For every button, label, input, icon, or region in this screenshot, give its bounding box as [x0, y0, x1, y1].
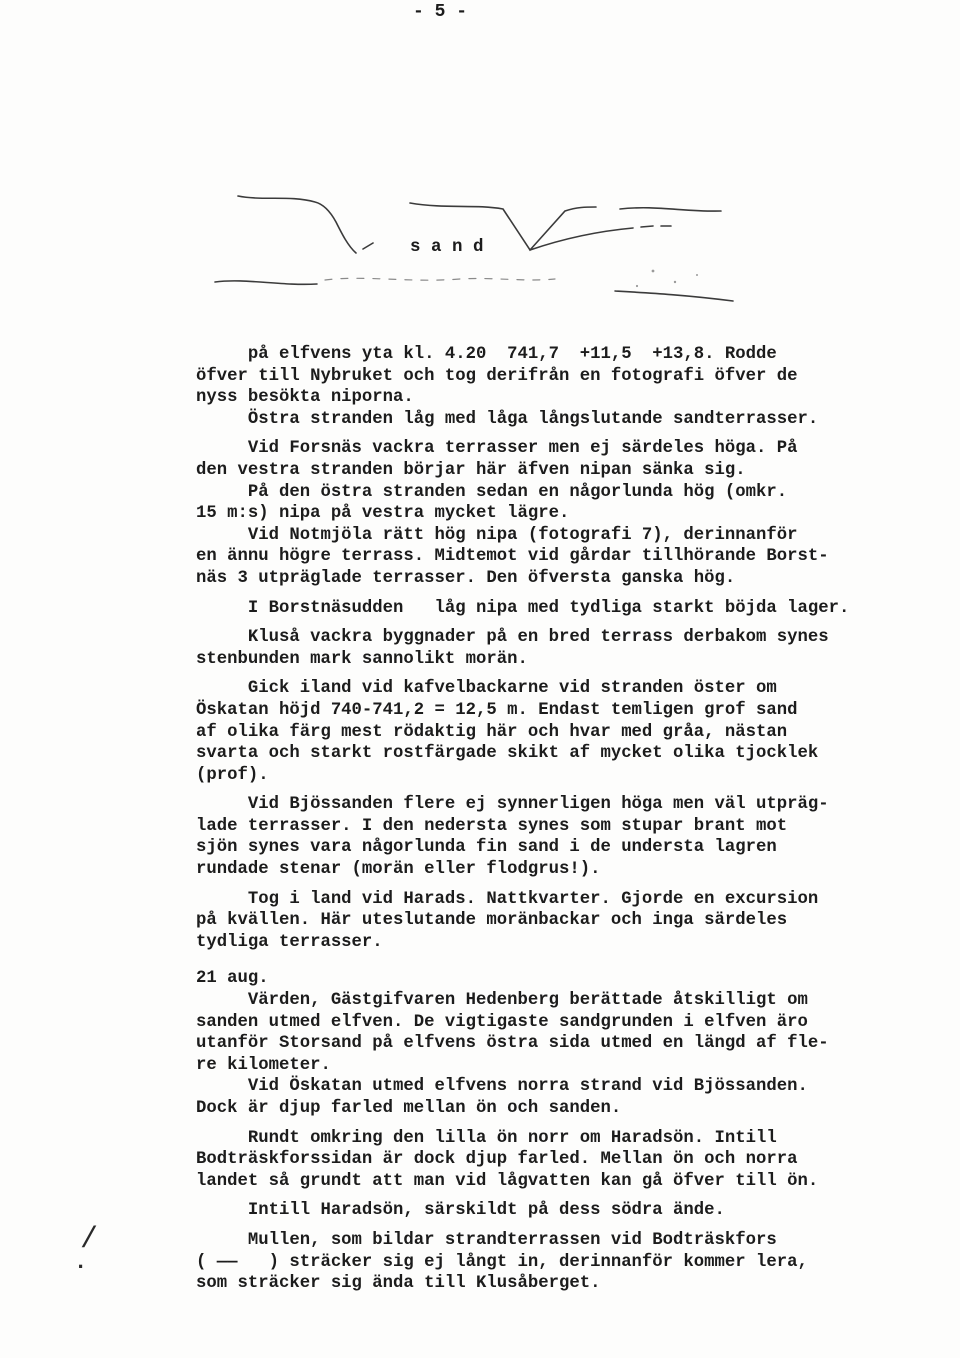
sketch-shore-dots-left [325, 278, 555, 280]
text-line: sjön synes vara någorlunda fin sand i de… [196, 837, 849, 859]
scan-speckle [636, 285, 638, 287]
sketch-shore-line-right [615, 291, 733, 301]
margin-dot-mark: . [74, 1250, 87, 1275]
paragraph: Rundt omkring den lilla ön norr om Harad… [196, 1128, 849, 1193]
paragraph: I Borstnäsudden låg nipa med tydliga sta… [196, 598, 849, 620]
paragraph: Kluså vackra byggnader på en bred terras… [196, 627, 849, 670]
text-line: Gick iland vid kafvelbackarne vid strand… [196, 678, 849, 700]
text-line: Mullen, som bildar strandterrassen vid B… [196, 1230, 849, 1252]
text-line: ( —— ) sträcker sig ej långt in, derinna… [196, 1252, 849, 1274]
text-line: Vid Forsnäs vackra terrasser men ej särd… [196, 438, 849, 460]
text-line: Vid Notmjöla rätt hög nipa (fotografi 7)… [196, 525, 849, 547]
text-line: rundade stenar (morän eller flodgrus!). [196, 859, 849, 881]
paragraph: Vid Notmjöla rätt hög nipa (fotografi 7)… [196, 525, 849, 590]
text-line: Kluså vackra byggnader på en bred terras… [196, 627, 849, 649]
text-line: lade terrasser. I den nedersta synes som… [196, 816, 849, 838]
text-line: Värden, Gästgifvaren Hedenberg berättade… [196, 990, 849, 1012]
text-line: af olika färg mest rödaktig här och hvar… [196, 722, 849, 744]
paragraph: På den östra stranden sedan en någorlund… [196, 482, 849, 525]
text-line: I Borstnäsudden låg nipa med tydliga sta… [196, 598, 849, 620]
paragraph: Vid Bjössanden flere ej synnerligen höga… [196, 794, 849, 880]
text-line: Intill Haradsön, särskildt på dess södra… [196, 1200, 849, 1222]
document-body: på elfvens yta kl. 4.20 741,7 +11,5 +13,… [196, 344, 849, 1295]
paragraph: Tog i land vid Harads. Nattkvarter. Gjor… [196, 889, 849, 954]
text-line: Vid Bjössanden flere ej synnerligen höga… [196, 794, 849, 816]
scan-speckle [674, 281, 676, 283]
paragraph: Värden, Gästgifvaren Hedenberg berättade… [196, 990, 849, 1076]
sketch-right-bank-line [620, 208, 721, 211]
text-line: Dock är djup farled mellan ön och sanden… [196, 1098, 849, 1120]
text-line: (prof). [196, 765, 849, 787]
text-line: Bodträskforssidan är dock djup farled. M… [196, 1149, 849, 1171]
scan-speckle [696, 274, 698, 276]
text-line: Vid Öskatan utmed elfvens norra strand v… [196, 1076, 849, 1098]
text-line: re kilometer. [196, 1055, 849, 1077]
text-line: På den östra stranden sedan en någorlund… [196, 482, 849, 504]
paragraph: på elfvens yta kl. 4.20 741,7 +11,5 +13,… [196, 344, 849, 409]
text-line: på kvällen. Här uteslutande moränbackar … [196, 910, 849, 932]
paragraph: Vid Forsnäs vackra terrasser men ej särd… [196, 438, 849, 481]
paragraph: Mullen, som bildar strandterrassen vid B… [196, 1230, 849, 1295]
text-line: svarta och starkt rostfärgade skikt af m… [196, 743, 849, 765]
sketch-sand-label: s a n d [410, 237, 484, 257]
text-line: nyss besökta niporna. [196, 387, 849, 409]
scan-speckle [652, 270, 655, 273]
text-line: Öskatan höjd 740-741,2 = 12,5 m. Endast … [196, 700, 849, 722]
text-line: sanden utmed elfven. De vigtigaste sandg… [196, 1012, 849, 1034]
date-heading: 21 aug. [196, 968, 849, 990]
sketch-dip-gentle-line [530, 226, 671, 250]
paragraph: Östra stranden låg med låga långslutande… [196, 409, 849, 431]
paragraph: Vid Öskatan utmed elfvens norra strand v… [196, 1076, 849, 1119]
text-line: näs 3 utpräglade terrasser. Den öfversta… [196, 568, 849, 590]
paragraph: Intill Haradsön, särskildt på dess södra… [196, 1200, 849, 1222]
text-line: landet så grundt att man vid lågvatten k… [196, 1171, 849, 1193]
text-line: tydliga terrasser. [196, 932, 849, 954]
text-line: som sträcker sig ända till Klusåberget. [196, 1273, 849, 1295]
text-line: Östra stranden låg med låga långslutande… [196, 409, 849, 431]
text-line: 15 m:s) nipa på vestra mycket lägre. [196, 503, 849, 525]
sketch-left-bank-line [238, 196, 373, 253]
text-line: stenbunden mark sannolikt morän. [196, 649, 849, 671]
text-line: på elfvens yta kl. 4.20 741,7 +11,5 +13,… [196, 344, 849, 366]
text-line: den vestra stranden börjar här äfven nip… [196, 460, 849, 482]
text-line: öfver till Nybruket och tog derifrån en … [196, 366, 849, 388]
text-line: Rundt omkring den lilla ön norr om Harad… [196, 1128, 849, 1150]
text-line: en ännu högre terrass. Midtemot vid gård… [196, 546, 849, 568]
sketch-shore-line-left [215, 281, 317, 284]
text-line: utanför Storsand på elfvens östra sida u… [196, 1033, 849, 1055]
page-number: - 5 - [413, 2, 467, 22]
text-line: Tog i land vid Harads. Nattkvarter. Gjor… [196, 889, 849, 911]
document-page: - 5 - s a n d på elfvens yta kl. 4.20 74… [0, 0, 960, 1358]
paragraph: Gick iland vid kafvelbackarne vid strand… [196, 678, 849, 786]
